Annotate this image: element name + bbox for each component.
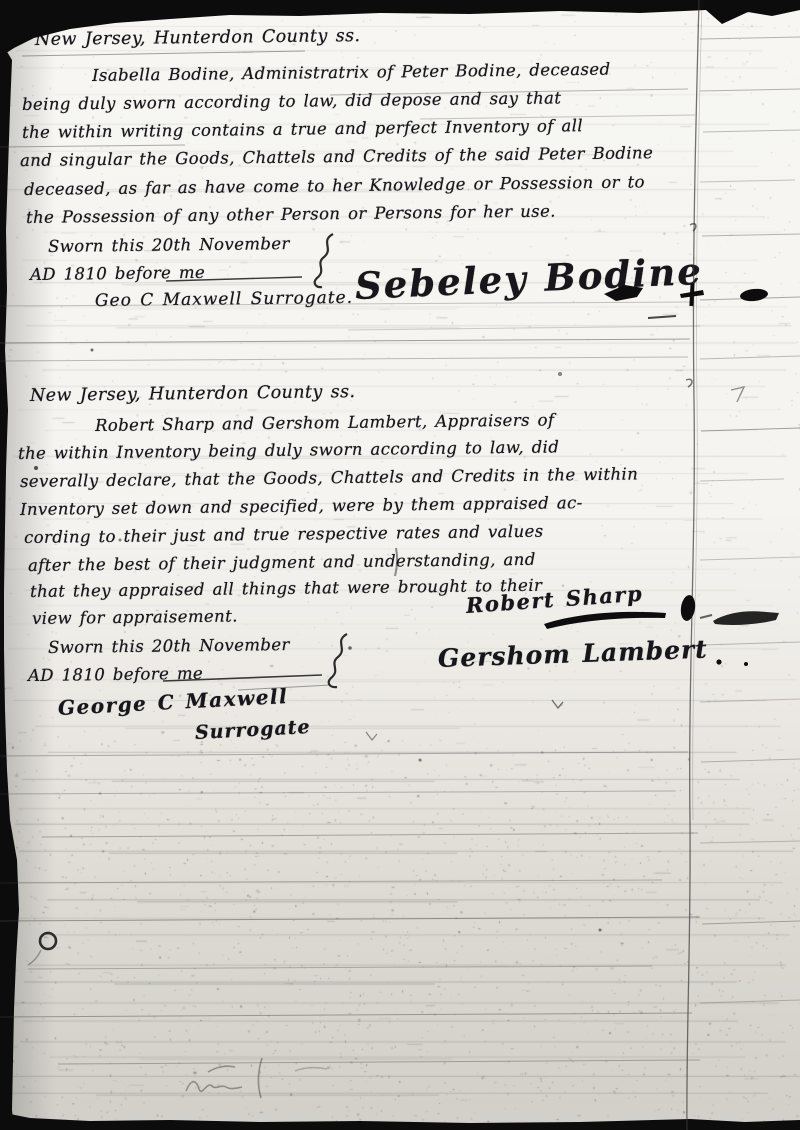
signature-gershom-lambert: Gershom Lambert (437, 635, 708, 673)
handwritten-line: the within Inventory being duly sworn ac… (18, 437, 559, 463)
county-heading-1: New Jersey, Hunterdon County ss. (35, 26, 361, 50)
handwritten-line: severally declare, that the Goods, Chatt… (20, 464, 638, 491)
surrogate-title: Surrogate (194, 716, 311, 744)
handwritten-line: the within writing contains a true and p… (22, 116, 583, 142)
sworn-year-line: AD 1810 before me (28, 664, 203, 685)
surrogate-signature-1: Geo C Maxwell Surrogate. (95, 288, 353, 311)
sworn-year-line: AD 1810 before me (30, 263, 205, 284)
handwritten-line: the Possession of any other Person or Pe… (26, 202, 556, 227)
scanned-document-page: New Jersey, Hunterdon County ss. Isabell… (0, 0, 800, 1130)
handwritten-line: view for appraisement. (32, 606, 238, 628)
handwritten-line: deceased, as far as have come to her Kno… (24, 172, 645, 199)
handwritten-line: after the best of their judgment and und… (28, 550, 536, 575)
handwritten-line: Isabella Bodine, Administratrix of Peter… (92, 60, 611, 85)
handwritten-line: Inventory set down and specified, were b… (20, 493, 583, 519)
handwritten-line: and singular the Goods, Chattels and Cre… (20, 143, 653, 170)
handwritten-text-layer: New Jersey, Hunterdon County ss. Isabell… (0, 0, 800, 1130)
county-heading-2: New Jersey, Hunterdon County ss. (30, 382, 356, 406)
handwritten-line: being duly sworn according to law, did d… (22, 88, 562, 114)
sworn-date-line: Sworn this 20th November (48, 234, 290, 256)
handwritten-line: cording to their just and true respectiv… (24, 522, 544, 547)
handwritten-line: Robert Sharp and Gershom Lambert, Apprai… (95, 410, 555, 435)
signature-sebeley-bodine: Sebeley Bodine (354, 249, 704, 308)
surrogate-signature-2: George C Maxwell (57, 684, 288, 720)
sworn-date-line: Sworn this 20th November (48, 635, 290, 657)
